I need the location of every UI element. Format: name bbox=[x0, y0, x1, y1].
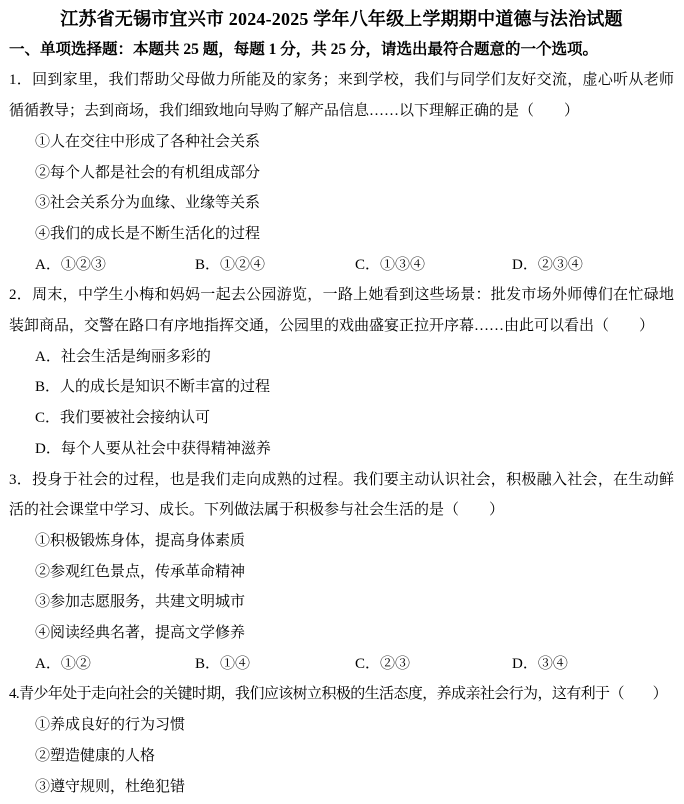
choice-option: C．我们要被社会接纳认可 bbox=[9, 403, 674, 434]
choice-option: D．③④ bbox=[512, 649, 568, 680]
numbered-item: ①积极锻炼身体，提高身体素质 bbox=[9, 526, 674, 557]
page-title: 江苏省无锡市宜兴市 2024-2025 学年八年级上学期期中道德与法治试题 bbox=[9, 4, 674, 35]
question-stem: 2．周末，中学生小梅和妈妈一起去公园游览，一路上她看到这些场景：批发市场外师傅们… bbox=[9, 280, 674, 341]
numbered-item: ③参加志愿服务，共建文明城市 bbox=[9, 587, 674, 618]
numbered-item: ③社会关系分为血缘、业缘等关系 bbox=[9, 188, 674, 219]
choice-option: A．①②③ bbox=[35, 250, 195, 281]
section-heading: 一、单项选择题：本题共 25 题，每题 1 分，共 25 分，请选出最符合题意的… bbox=[9, 35, 674, 66]
choice-option: B．①②④ bbox=[195, 250, 355, 281]
question-3: 3．投身于社会的过程，也是我们走向成熟的过程。我们要主动认识社会，积极融入社会，… bbox=[9, 465, 674, 680]
numbered-item: ②参观红色景点，传承革命精神 bbox=[9, 557, 674, 588]
question-stem: 4.青少年处于走向社会的关键时期，我们应该树立积极的生活态度，养成亲社会行为，这… bbox=[9, 679, 674, 710]
numbered-item: ①人在交往中形成了各种社会关系 bbox=[9, 127, 674, 158]
choice-option: C．②③ bbox=[355, 649, 512, 680]
question-1: 1．回到家里，我们帮助父母做力所能及的家务；来到学校，我们与同学们友好交流，虚心… bbox=[9, 65, 674, 280]
numbered-item: ①养成良好的行为习惯 bbox=[9, 710, 674, 741]
choice-option: D．②③④ bbox=[512, 250, 583, 281]
exam-document: 江苏省无锡市宜兴市 2024-2025 学年八年级上学期期中道德与法治试题 一、… bbox=[0, 0, 684, 802]
numbered-item: ②塑造健康的人格 bbox=[9, 741, 674, 772]
numbered-item: ④阅读经典名著，提高文学修养 bbox=[9, 618, 674, 649]
question-stem: 1．回到家里，我们帮助父母做力所能及的家务；来到学校，我们与同学们友好交流，虚心… bbox=[9, 65, 674, 126]
questions: 1．回到家里，我们帮助父母做力所能及的家务；来到学校，我们与同学们友好交流，虚心… bbox=[9, 65, 674, 802]
numbered-item: ③遵守规则，杜绝犯错 bbox=[9, 772, 674, 803]
choice-option: B．①④ bbox=[195, 649, 355, 680]
choice-option: A．社会生活是绚丽多彩的 bbox=[9, 342, 674, 373]
numbered-item: ②每个人都是社会的有机组成部分 bbox=[9, 158, 674, 189]
numbered-item: ④我们的成长是不断生活化的过程 bbox=[9, 219, 674, 250]
choice-option: C．①③④ bbox=[355, 250, 512, 281]
choices-row: A．①②B．①④C．②③D．③④ bbox=[9, 649, 674, 680]
choice-option: A．①② bbox=[35, 649, 195, 680]
choices-row: A．①②③B．①②④C．①③④D．②③④ bbox=[9, 250, 674, 281]
question-2: 2．周末，中学生小梅和妈妈一起去公园游览，一路上她看到这些场景：批发市场外师傅们… bbox=[9, 280, 674, 464]
choice-option: D．每个人要从社会中获得精神滋养 bbox=[9, 434, 674, 465]
question-stem: 3．投身于社会的过程，也是我们走向成熟的过程。我们要主动认识社会，积极融入社会，… bbox=[9, 465, 674, 526]
question-4: 4.青少年处于走向社会的关键时期，我们应该树立积极的生活态度，养成亲社会行为，这… bbox=[9, 679, 674, 802]
choice-option: B．人的成长是知识不断丰富的过程 bbox=[9, 372, 674, 403]
